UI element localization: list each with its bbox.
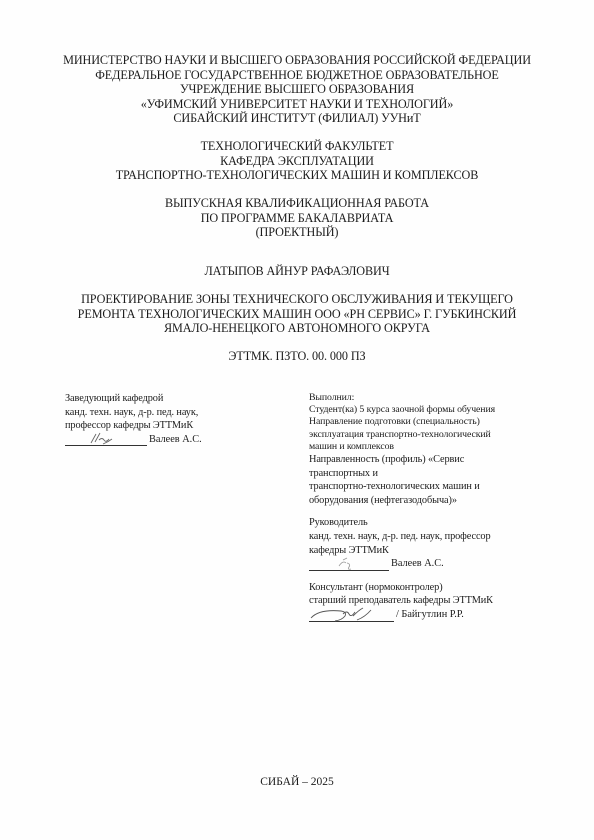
ministry-header: МИНИСТЕРСТВО НАУКИ И ВЫСШЕГО ОБРАЗОВАНИЯ… bbox=[0, 53, 594, 126]
supervisor-signature-name: Валеев А.С. bbox=[391, 557, 444, 571]
work-type-line: ВЫПУСКНАЯ КВАЛИФИКАЦИОННАЯ РАБОТА bbox=[0, 196, 594, 211]
header-line: СИБАЙСКИЙ ИНСТИТУТ (ФИЛИАЛ) УУНиТ bbox=[0, 111, 594, 126]
head-signature-row: Валеев А.С. bbox=[65, 433, 305, 447]
signatures-right-block: Выполнил: Студент(ка) 5 курса заочной фо… bbox=[309, 392, 559, 622]
consultant-block: Консультант (нормоконтролер) старший пре… bbox=[309, 581, 559, 622]
department-line: КАФЕДРА ЭКСПЛУАТАЦИИ bbox=[0, 154, 594, 169]
header-line: ФЕДЕРАЛЬНОЕ ГОСУДАРСТВЕННОЕ БЮДЖЕТНОЕ ОБ… bbox=[0, 68, 594, 83]
consultant-signature-name: / Байгутлин Р.Р. bbox=[396, 608, 464, 622]
head-signature-name: Валеев А.С. bbox=[149, 433, 202, 447]
handwritten-signature-icon bbox=[309, 555, 389, 571]
signature-line bbox=[309, 610, 394, 622]
performer-line: Направленность (профиль) «Сервис bbox=[309, 453, 559, 467]
document-code: ЭТТМК. ПЗТО. 00. 000 ПЗ bbox=[0, 349, 594, 364]
performer-line: транспортно-технологических машин и bbox=[309, 480, 559, 494]
supervisor-label: Руководитель bbox=[309, 516, 559, 530]
signature-line bbox=[65, 434, 147, 446]
header-line: «УФИМСКИЙ УНИВЕРСИТЕТ НАУКИ И ТЕХНОЛОГИЙ… bbox=[0, 97, 594, 112]
work-type-line: (ПРОЕКТНЫЙ) bbox=[0, 225, 594, 240]
performer-line: Студент(ка) 5 курса заочной формы обучен… bbox=[309, 404, 559, 416]
performer-line: оборудования (нефтегазодобыча)» bbox=[309, 494, 559, 508]
performer-block: Выполнил: Студент(ка) 5 курса заочной фо… bbox=[309, 392, 559, 507]
department-header: ТЕХНОЛОГИЧЕСКИЙ ФАКУЛЬТЕТ КАФЕДРА ЭКСПЛУ… bbox=[0, 139, 594, 183]
title-line: РЕМОНТА ТЕХНОЛОГИЧЕСКИХ МАШИН ООО «РН СЕ… bbox=[0, 307, 594, 322]
work-type: ВЫПУСКНАЯ КВАЛИФИКАЦИОННАЯ РАБОТА ПО ПРО… bbox=[0, 196, 594, 240]
performer-line: машин и комплексов bbox=[309, 441, 559, 453]
head-of-department-block: Заведующий кафедрой канд. техн. наук, д-… bbox=[65, 392, 305, 446]
department-line: ТЕХНОЛОГИЧЕСКИЙ ФАКУЛЬТЕТ bbox=[0, 139, 594, 154]
author-name: ЛАТЫПОВ АЙНУР РАФАЭЛОВИЧ bbox=[0, 264, 594, 279]
document-page: МИНИСТЕРСТВО НАУКИ И ВЫСШЕГО ОБРАЗОВАНИЯ… bbox=[0, 0, 594, 840]
signature-line bbox=[309, 559, 389, 571]
supervisor-signature-row: Валеев А.С. bbox=[309, 557, 559, 571]
supervisor-line: канд. техн. наук, д-р. пед. наук, профес… bbox=[309, 530, 559, 544]
consultant-signature-row: / Байгутлин Р.Р. bbox=[309, 608, 559, 622]
department-line: ТРАНСПОРТНО-ТЕХНОЛОГИЧЕСКИХ МАШИН И КОМП… bbox=[0, 168, 594, 183]
supervisor-block: Руководитель канд. техн. наук, д-р. пед.… bbox=[309, 516, 559, 570]
work-type-line: ПО ПРОГРАММЕ БАКАЛАВРИАТА bbox=[0, 211, 594, 226]
head-title-line: Заведующий кафедрой bbox=[65, 392, 305, 406]
header-line: МИНИСТЕРСТВО НАУКИ И ВЫСШЕГО ОБРАЗОВАНИЯ… bbox=[0, 53, 594, 68]
performer-line: транспортных и bbox=[309, 467, 559, 481]
performer-line: Направление подготовки (специальность) bbox=[309, 416, 559, 428]
consultant-label: Консультант (нормоконтролер) bbox=[309, 581, 559, 595]
title-line: ПРОЕКТИРОВАНИЕ ЗОНЫ ТЕХНИЧЕСКОГО ОБСЛУЖИ… bbox=[0, 292, 594, 307]
performer-line: эксплуатация транспортно-технологический bbox=[309, 429, 559, 441]
thesis-title: ПРОЕКТИРОВАНИЕ ЗОНЫ ТЕХНИЧЕСКОГО ОБСЛУЖИ… bbox=[0, 292, 594, 336]
performer-label: Выполнил: bbox=[309, 392, 559, 404]
handwritten-signature-icon bbox=[309, 606, 394, 624]
city-year: СИБАЙ – 2025 bbox=[0, 775, 594, 789]
head-title-line: канд. техн. наук, д-р. пед. наук, bbox=[65, 406, 305, 420]
handwritten-signature-icon bbox=[65, 430, 147, 446]
header-line: УЧРЕЖДЕНИЕ ВЫСШЕГО ОБРАЗОВАНИЯ bbox=[0, 82, 594, 97]
title-line: ЯМАЛО-НЕНЕЦКОГО АВТОНОМНОГО ОКРУГА bbox=[0, 321, 594, 336]
